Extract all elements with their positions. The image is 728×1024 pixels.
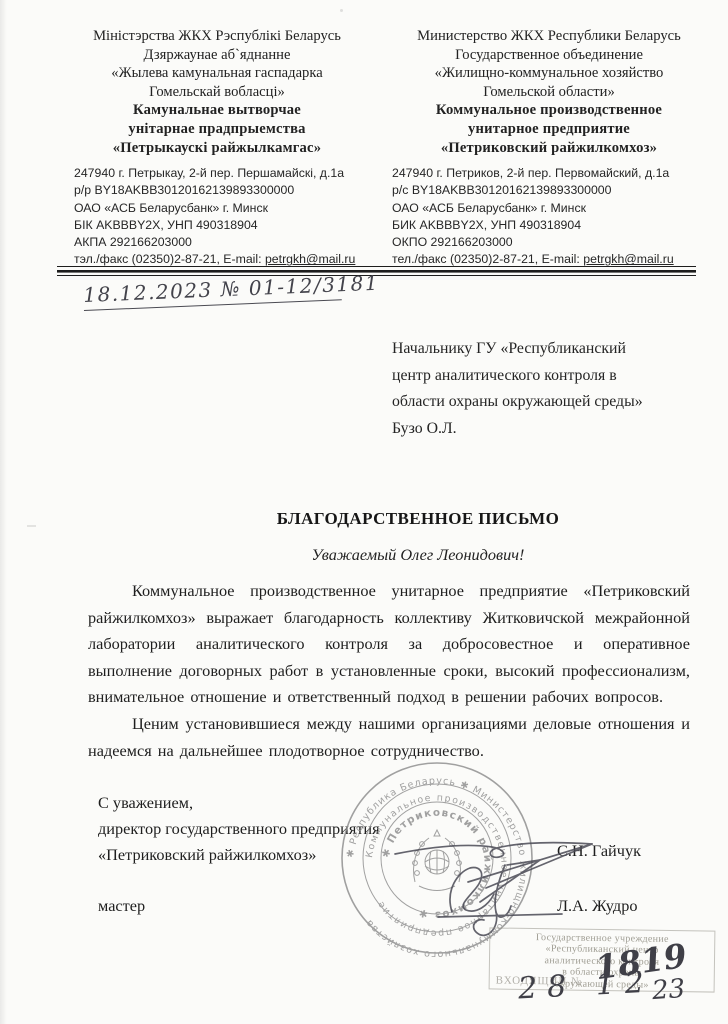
email-address: petrgkh@mail.ru bbox=[265, 252, 355, 266]
letterhead-line: Министерство ЖКХ Республики Беларусь bbox=[388, 27, 710, 46]
phone-label: тел./факс (02350)2-87-21, E-mail: bbox=[392, 252, 583, 266]
letter-paragraph: Коммунальное производственное унитарное … bbox=[88, 578, 690, 711]
email-address: petrgkh@mail.ru bbox=[583, 252, 673, 266]
letterhead-line: «Жилищно-коммунальное хозяйство bbox=[388, 64, 710, 83]
state-emblem-icon bbox=[413, 830, 462, 891]
requisites-right: 247940 г. Петриков, 2-й пер. Первомайски… bbox=[392, 165, 712, 269]
addressee-name: Бузо О.Л. bbox=[392, 416, 704, 443]
handwritten-year: 23 bbox=[651, 974, 686, 1006]
scan-speck bbox=[340, 9, 343, 12]
letterhead-line: Міністэрства ЖКХ Рэспублікі Беларусь bbox=[56, 27, 378, 46]
phone-label: тэл./факс (02350)2-87-21, E-mail: bbox=[74, 252, 265, 266]
company-name-line: унітарнае прадпрыемства bbox=[56, 120, 378, 139]
letterhead-line: Государственное объединение bbox=[388, 46, 710, 65]
bank-line: ОАО «АСБ Беларусбанк» г. Минск bbox=[392, 200, 712, 217]
scan-speck bbox=[27, 525, 36, 527]
letter-paragraph: Ценим установившиеся между нашими органи… bbox=[88, 711, 690, 764]
letter-body: Коммунальное производственное унитарное … bbox=[88, 578, 690, 764]
bik-line: БІК AKBBBY2X, УНП 490318904 bbox=[74, 217, 394, 234]
addressee-line: области охраны окружающей среды» bbox=[392, 389, 704, 416]
address-line: 247940 г. Петриков, 2-й пер. Первомайски… bbox=[392, 165, 712, 182]
company-name-line: «Петрыкаускі райжылкамгас» bbox=[56, 139, 378, 158]
addressee-block: Начальнику ГУ «Республиканский центр ана… bbox=[392, 336, 704, 442]
addressee-line: центр аналитического контроля в bbox=[392, 363, 704, 390]
letter-title: БЛАГОДАРСТВЕННОЕ ПИСЬМО bbox=[140, 509, 696, 529]
handwritten-outgoing-reference: 18.12.2023 № 01-12/3181 bbox=[83, 272, 342, 311]
bank-line: ОАО «АСБ Беларусбанк» г. Минск bbox=[74, 200, 394, 217]
letterhead-line: «Жылева камунальная гаспадарка bbox=[56, 64, 378, 83]
letterhead-right: Министерство ЖКХ Республики Беларусь Гос… bbox=[388, 27, 710, 157]
company-name-line: Камунальнае вытворчае bbox=[56, 101, 378, 120]
signer2-role: мастер bbox=[98, 896, 145, 916]
letterhead-line: Дзяржаунае аб`яднанне bbox=[56, 46, 378, 65]
okpo-line: ОКПО 292166203000 bbox=[392, 234, 712, 251]
letterhead-left: Міністэрства ЖКХ Рэспублікі Беларусь Дзя… bbox=[56, 27, 378, 157]
account-line: р/с BY18AKBB30120162139893300000 bbox=[392, 182, 712, 199]
letterhead-line: Гомельскай вобласці» bbox=[56, 83, 378, 102]
company-name-line: Коммунальное производственное bbox=[388, 101, 710, 120]
bik-line: БИК AKBBBY2X, УНП 490318904 bbox=[392, 217, 712, 234]
addressee-line: Начальнику ГУ «Республиканский bbox=[392, 336, 704, 363]
address-line: 247940 г. Петрыкау, 2-й пер. Першамайскі… bbox=[74, 165, 394, 182]
signature-closing: С уважением, bbox=[98, 793, 193, 813]
letter-salutation: Уважаемый Олег Леонидович! bbox=[140, 545, 696, 565]
scanned-letter-page: Міністэрства ЖКХ Рэспублікі Беларусь Дзя… bbox=[0, 0, 728, 1024]
signer1-name: С.Н. Гайчук bbox=[557, 841, 641, 861]
okpo-line: АКПА 292166203000 bbox=[74, 234, 394, 251]
company-name-line: унитарное предприятие bbox=[388, 120, 710, 139]
account-line: р/р BY18AKBB30120162139893300000 bbox=[74, 182, 394, 199]
letterhead-line: Гомельской области» bbox=[388, 83, 710, 102]
signer1-role-line2: «Петриковский райжилкомхоз» bbox=[98, 845, 316, 865]
requisites-left: 247940 г. Петрыкау, 2-й пер. Першамайскі… bbox=[74, 165, 394, 269]
signer2-name: Л.А. Жудро bbox=[557, 896, 637, 916]
company-name-line: «Петриковский райжилкомхоз» bbox=[388, 139, 710, 158]
